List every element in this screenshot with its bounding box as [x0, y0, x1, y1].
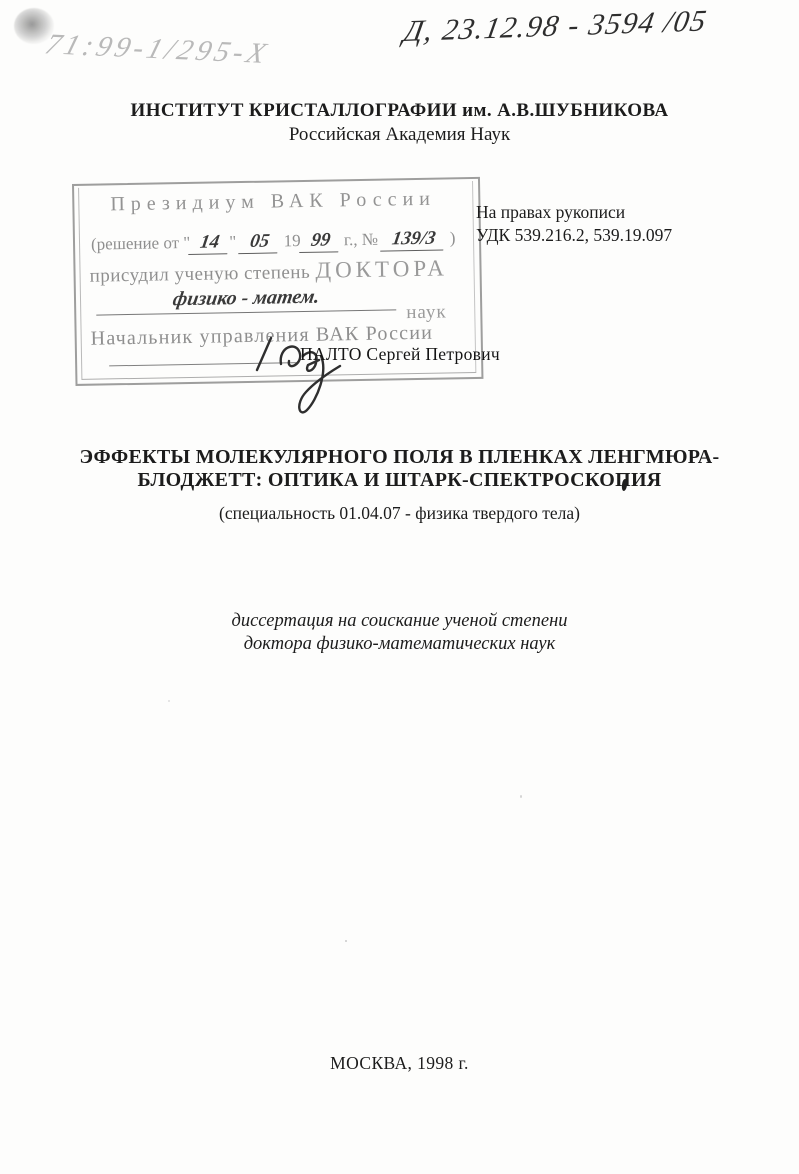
- institute-name: ИНСТИТУТ КРИСТАЛЛОГРАФИИ им. А.В.ШУБНИКО…: [0, 100, 799, 122]
- dissertation-title: ЭФФЕКТЫ МОЛЕКУЛЯРНОГО ПОЛЯ В ПЛЕНКАХ ЛЕН…: [0, 446, 799, 492]
- manuscript-rights-note: На правах рукописи: [476, 202, 625, 223]
- thesis-type-line-2: доктора физико-математических наук: [0, 633, 799, 656]
- title-line-2: БЛОДЖЕТТ: ОПТИКА И ШТАРК-СПЕКТРОСКОПИЯ: [0, 469, 799, 492]
- handwritten-registry-number: Д, 23.12.98 - 3594 /05: [401, 1, 799, 49]
- paper-speck: [520, 795, 522, 798]
- paper-speck: [168, 700, 170, 702]
- stamp-year-printed: 19: [284, 231, 301, 250]
- stamp-field-line: физико - матем.: [96, 284, 396, 315]
- stamp-handwritten-number: 139/3: [380, 227, 447, 251]
- handwritten-catalog-number: 71:99-1/295-X: [41, 29, 310, 73]
- stamp-decision-middle: г., №: [344, 230, 378, 250]
- official-signature: [245, 322, 360, 417]
- stamp-decision-line: (решение от "14" 05 1999 г., № 139/3 ): [91, 227, 456, 256]
- stamp-field-suffix: наук: [406, 301, 447, 324]
- thesis-type: диссертация на соискание ученой степени …: [0, 610, 799, 656]
- stamp-handwritten-year: 99: [299, 229, 342, 253]
- city-year: МОСКВА, 1998 г.: [0, 1053, 799, 1074]
- stamp-handwritten-month: 05: [239, 230, 282, 254]
- stamp-header: Президиум ВАК России: [110, 188, 436, 217]
- thesis-type-line-1: диссертация на соискание ученой степени: [0, 610, 799, 633]
- title-line-1: ЭФФЕКТЫ МОЛЕКУЛЯРНОГО ПОЛЯ В ПЛЕНКАХ ЛЕН…: [0, 446, 799, 469]
- udc-number: УДК 539.216.2, 539.19.097: [476, 225, 672, 246]
- stamp-awarded-text: присудил ученую степень: [89, 262, 310, 287]
- academy-name: Российская Академия Наук: [0, 124, 799, 146]
- stamp-handwritten-day: 14: [188, 231, 231, 255]
- stamp-handwritten-field: физико - матем.: [161, 285, 331, 311]
- author-name: ПАЛТО Сергей Петрович: [300, 344, 500, 365]
- stamp-degree: ДОКТОРА: [315, 255, 448, 282]
- stamp-decision-prefix: (решение от ": [91, 233, 191, 254]
- paper-speck: [345, 940, 347, 942]
- stamp-awarded-line: присудил ученую степень ДОКТОРА: [89, 255, 448, 287]
- stamp-decision-suffix: ): [450, 228, 456, 247]
- specialty-line: (специальность 01.04.07 - физика твердог…: [0, 503, 799, 524]
